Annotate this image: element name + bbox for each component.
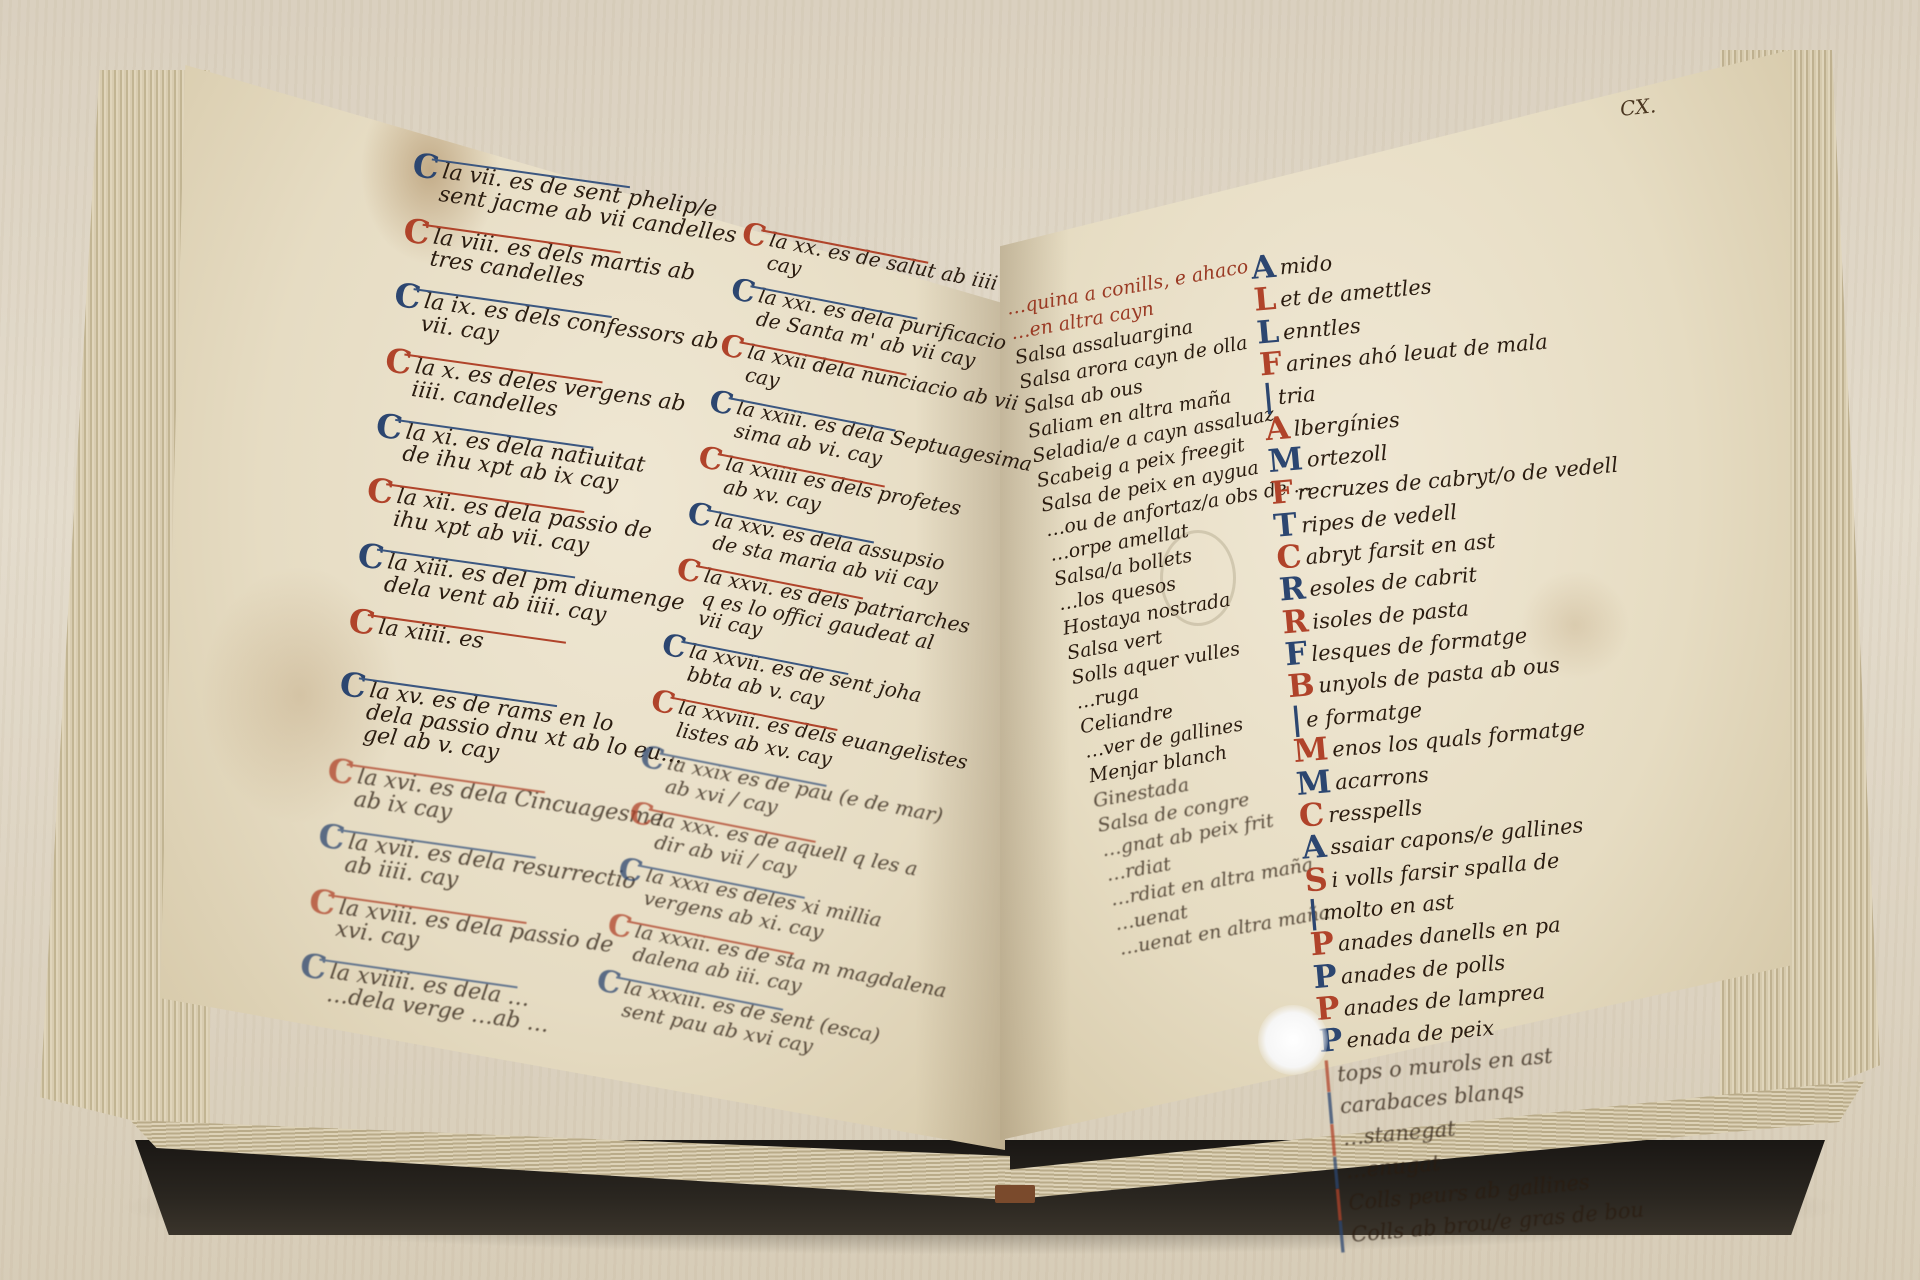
rubric-initial: C (696, 444, 725, 475)
rubric-initial: C (718, 332, 747, 363)
rubric-initial: C (317, 820, 347, 853)
rubric-initial: C (356, 540, 386, 573)
rubric-initial: C (729, 276, 758, 307)
rubric-initial: C (675, 556, 704, 587)
rubric-initial: C (298, 950, 328, 983)
rubric-initial: C (685, 500, 714, 531)
rubric-initial: C (707, 388, 736, 419)
rubric-initial: C (338, 668, 368, 701)
rubric-initial: C (649, 687, 678, 718)
rubric-initial: C (365, 475, 395, 508)
rubric-initial: C (411, 150, 441, 183)
spine-headband (995, 1185, 1035, 1203)
rubric-initial: C (402, 215, 432, 248)
rubric-initial: C (326, 755, 356, 788)
rubric-initial: C (383, 345, 413, 378)
light-reflection (1258, 1005, 1328, 1075)
rubric-initial: C (616, 855, 645, 886)
rubric-initial: C (740, 220, 769, 251)
manuscript-scene: CX. Cla vii. es de sent phelip/esent jac… (0, 0, 1920, 1280)
rubric-initial: C (638, 743, 667, 774)
folio-number: CX. (1619, 93, 1657, 121)
rubric-initial: C (627, 799, 656, 830)
right-page-column-d: Amido Let de amettles Lenntles Farines a… (1250, 217, 1776, 1254)
rubric-initial: C (347, 605, 377, 638)
rubric-initial: C (374, 410, 404, 443)
rubric-initial: C (660, 631, 689, 662)
rubric-initial: C (595, 967, 624, 998)
rubric-initial: C (308, 885, 338, 918)
rubric-initial: C (393, 280, 423, 313)
rubric-initial: C (606, 911, 635, 942)
